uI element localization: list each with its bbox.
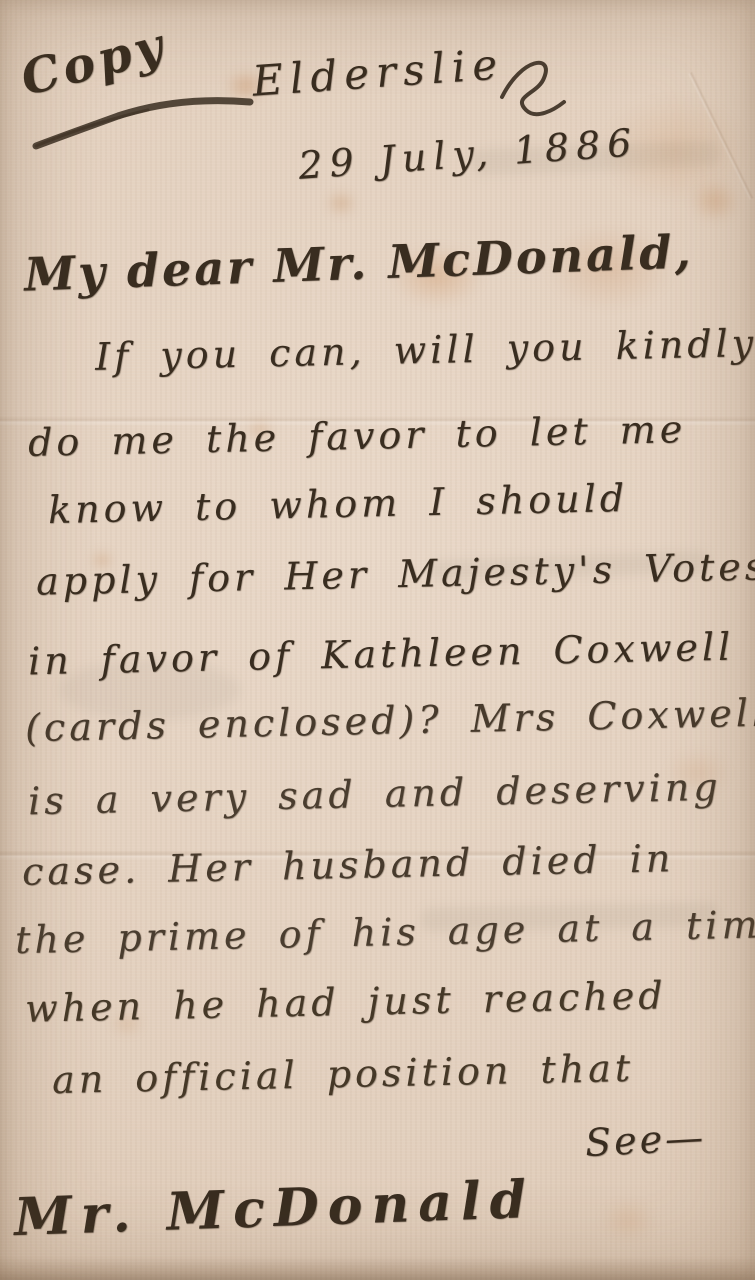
docket-addressee: Mr. McDonald — [13, 1169, 536, 1248]
body-line: apply for Her Majesty's Votes — [36, 544, 755, 603]
body-line: do me the favor to let me — [28, 407, 687, 465]
body-line: is a very sad and deserving — [28, 765, 722, 824]
salutation: My dear Mr. McDonald, — [23, 224, 694, 301]
body-line: an official position that — [52, 1046, 635, 1102]
place-line: Elderslie — [251, 39, 506, 105]
foxing-stain — [690, 180, 740, 222]
fold-crease — [0, 1256, 755, 1280]
body-line: know to whom I should — [48, 476, 629, 532]
body-line: (cards enclosed)? Mrs Coxwell's — [25, 690, 755, 750]
copy-annotation: Copy — [15, 17, 172, 107]
catchword: See— — [584, 1115, 707, 1165]
body-line: the prime of his age at a time — [15, 902, 755, 962]
date-line: 29 July, 1886 — [297, 120, 640, 188]
body-line: when he had just reached — [25, 973, 667, 1030]
body-line: If you can, will you kindly — [95, 321, 755, 379]
body-line: in favor of Kathleen Coxwell — [28, 625, 735, 684]
body-line: case. Her husband died in — [22, 836, 675, 894]
foxing-stain — [325, 190, 357, 216]
fold-crease — [687, 72, 754, 200]
foxing-stain — [600, 1200, 656, 1240]
letter-page: Copy Elderslie 29 July, 1886 My dear Mr.… — [0, 0, 755, 1280]
